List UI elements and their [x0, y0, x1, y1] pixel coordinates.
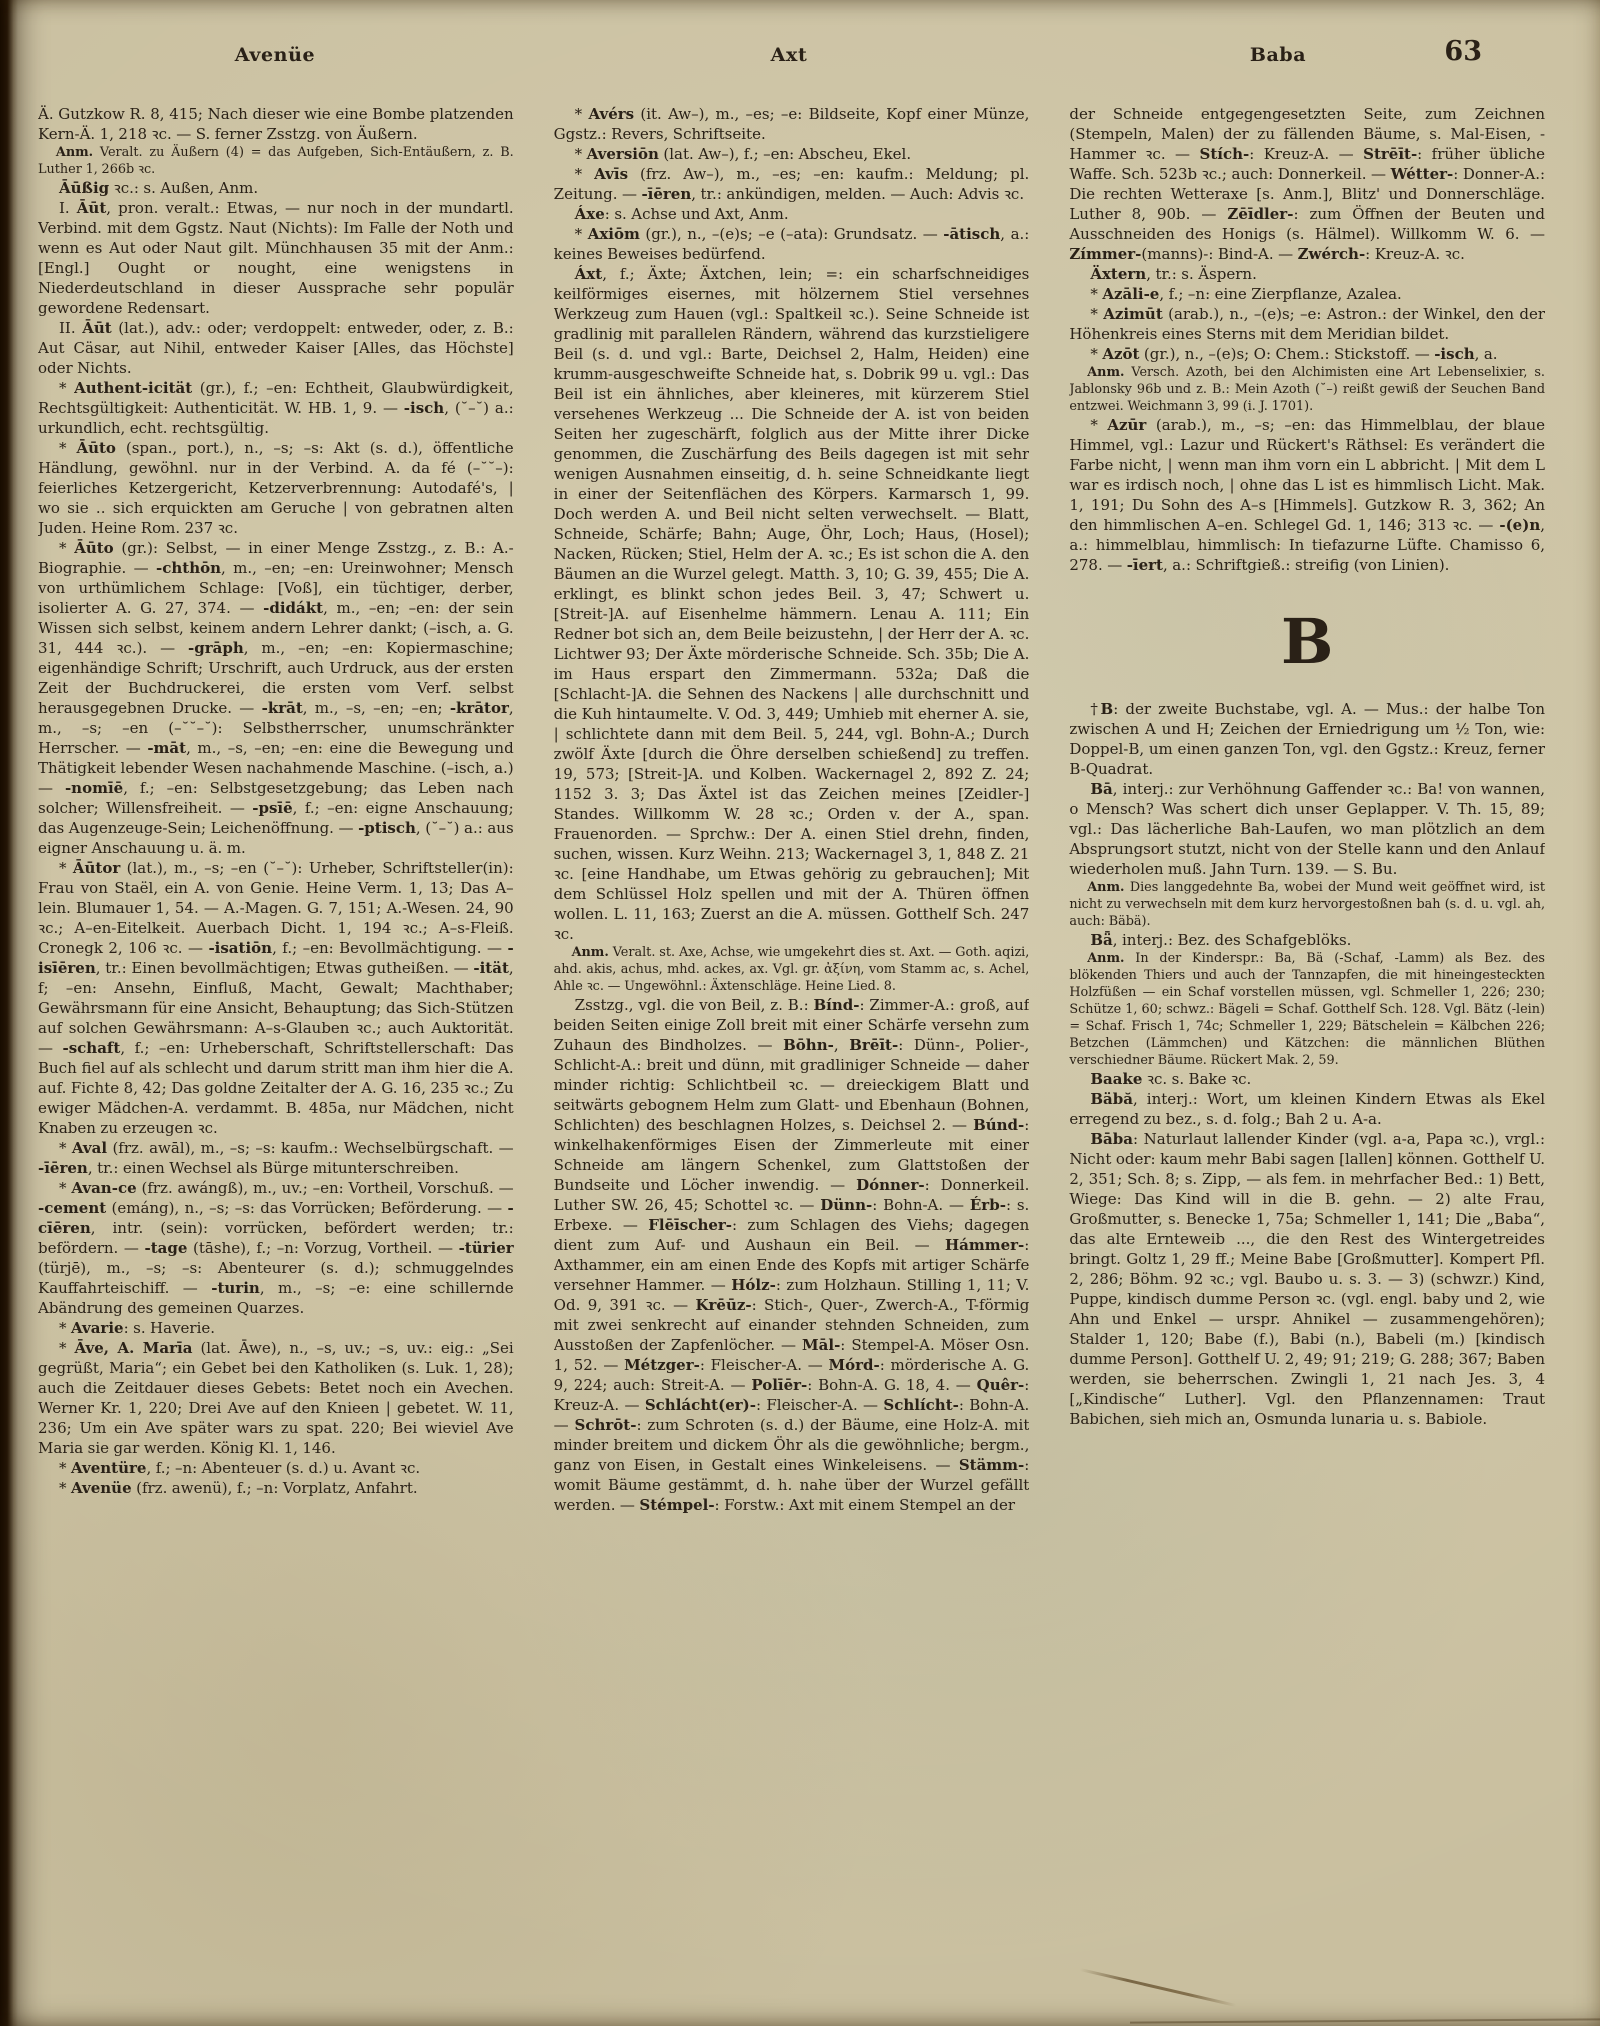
- dictionary-paragraph: Anm. Versch. Azoth, bei den Alchimisten …: [1069, 364, 1545, 415]
- binding-edge-shadow: [0, 0, 18, 2026]
- dictionary-paragraph: * Āūtor (lat.), m., –s; –en (˘–˘): Urheb…: [38, 858, 514, 1138]
- dictionary-paragraph: Áxe: s. Achse und Axt, Anm.: [554, 204, 1030, 224]
- dictionary-paragraph: Áxt, f.; Äxte; Äxtchen, lein; =: ein sch…: [554, 264, 1030, 944]
- dictionary-paragraph: †B: der zweite Buchstabe, vgl. A. — Mus.…: [1069, 699, 1545, 779]
- running-head-right: Baba: [1066, 44, 1490, 66]
- page-number: 63: [1444, 36, 1482, 67]
- dictionary-paragraph: * Avenüe (frz. awenü), f.; –n: Vorplatz,…: [38, 1478, 514, 1498]
- dictionary-paragraph: * Avérs (it. Aw–), m., –es; –e: Bildseit…: [554, 104, 1030, 144]
- dictionary-paragraph: Āūßig ꝛc.: s. Außen, Anm.: [38, 178, 514, 198]
- column-2: * Avérs (it. Aw–), m., –es; –e: Bildseit…: [554, 104, 1030, 2006]
- column-3: der Schneide entgegengesetzten Seite, zu…: [1069, 104, 1545, 2006]
- dictionary-paragraph: * Azimūt (arab.), n., –(e)s; –e: Astron.…: [1069, 304, 1545, 344]
- dictionary-paragraph: * Avarie: s. Haverie.: [38, 1318, 514, 1338]
- dictionary-paragraph: Baake ꝛc. s. Bake ꝛc.: [1069, 1069, 1545, 1089]
- dictionary-page-scan: Avenüe Axt Baba 63 Ä. Gutzkow R. 8, 415;…: [0, 0, 1600, 2026]
- dictionary-paragraph: II. Āūt (lat.), adv.: oder; verdoppelt: …: [38, 318, 514, 378]
- column-1: Ä. Gutzkow R. 8, 415; Nach dieser wie ei…: [38, 104, 514, 2006]
- dictionary-paragraph: Anm. In der Kinderspr.: Ba, Bä (-Schaf, …: [1069, 950, 1545, 1069]
- running-head-center: Axt: [552, 44, 1026, 66]
- dictionary-paragraph: * Aversiōn (lat. Aw–), f.; –en: Abscheu,…: [554, 144, 1030, 164]
- dictionary-paragraph: Anm. Veralt. st. Axe, Achse, wie umgekeh…: [554, 944, 1030, 995]
- dictionary-paragraph: Bāba: Naturlaut lallender Kinder (vgl. a…: [1069, 1129, 1545, 1429]
- running-head-left: Avenüe: [38, 44, 512, 66]
- dictionary-paragraph: * Āūto (gr.): Selbst, — in einer Menge Z…: [38, 538, 514, 858]
- dictionary-paragraph: Bā, interj.: zur Verhöhnung Gaffender ꝛc…: [1069, 779, 1545, 879]
- dictionary-paragraph: Anm. Dies langgedehnte Ba, wobei der Mun…: [1069, 879, 1545, 930]
- dictionary-paragraph: * Avīs (frz. Aw–), m., –es; –en: kaufm.:…: [554, 164, 1030, 204]
- dictionary-paragraph: I. Āūt, pron. veralt.: Etwas, — nur noch…: [38, 198, 514, 318]
- dictionary-paragraph: * Aventüre, f.; –n: Abenteuer (s. d.) u.…: [38, 1458, 514, 1478]
- dictionary-paragraph: Ä. Gutzkow R. 8, 415; Nach dieser wie ei…: [38, 104, 514, 144]
- text-columns: Ä. Gutzkow R. 8, 415; Nach dieser wie ei…: [38, 104, 1545, 2006]
- dictionary-paragraph: * Aval (frz. awāl), m., –s; –s: kaufm.: …: [38, 1138, 514, 1178]
- dictionary-paragraph: Bäbă, interj.: Wort, um kleinen Kindern …: [1069, 1089, 1545, 1129]
- dictionary-paragraph: * Avan-ce (frz. awángß), m., uv.; –en: V…: [38, 1178, 514, 1318]
- dictionary-paragraph: Bǟ, interj.: Bez. des Schafgeblöks.: [1069, 930, 1545, 950]
- dictionary-paragraph: der Schneide entgegengesetzten Seite, zu…: [1069, 104, 1545, 264]
- section-letter-b: B: [1069, 611, 1545, 673]
- dictionary-paragraph: * Azūr (arab.), m., –s; –en: das Himmelb…: [1069, 415, 1545, 575]
- dictionary-paragraph: * Authent-icität (gr.), f.; –en: Echthei…: [38, 378, 514, 438]
- dictionary-paragraph: * Axiōm (gr.), n., –(e)s; –e (–ata): Gru…: [554, 224, 1030, 264]
- dictionary-paragraph: * Azāli-e, f.; –n: eine Zierpflanze, Aza…: [1069, 284, 1545, 304]
- page-bottom-edge: [1130, 2018, 1600, 2023]
- dictionary-paragraph: * Āūto (span., port.), n., –s; –s: Akt (…: [38, 438, 514, 538]
- dictionary-paragraph: * Āve, A. Marīa (lat. Āwe), n., –s, uv.;…: [38, 1338, 514, 1458]
- dictionary-paragraph: Zsstzg., vgl. die von Beil, z. B.: Bínd-…: [554, 995, 1030, 1515]
- dictionary-paragraph: * Azōt (gr.), n., –(e)s; O: Chem.: Stick…: [1069, 344, 1545, 364]
- dictionary-paragraph: Anm. Veralt. zu Äußern (4) = das Aufgebe…: [38, 144, 514, 178]
- dictionary-paragraph: Äxtern, tr.: s. Äspern.: [1069, 264, 1545, 284]
